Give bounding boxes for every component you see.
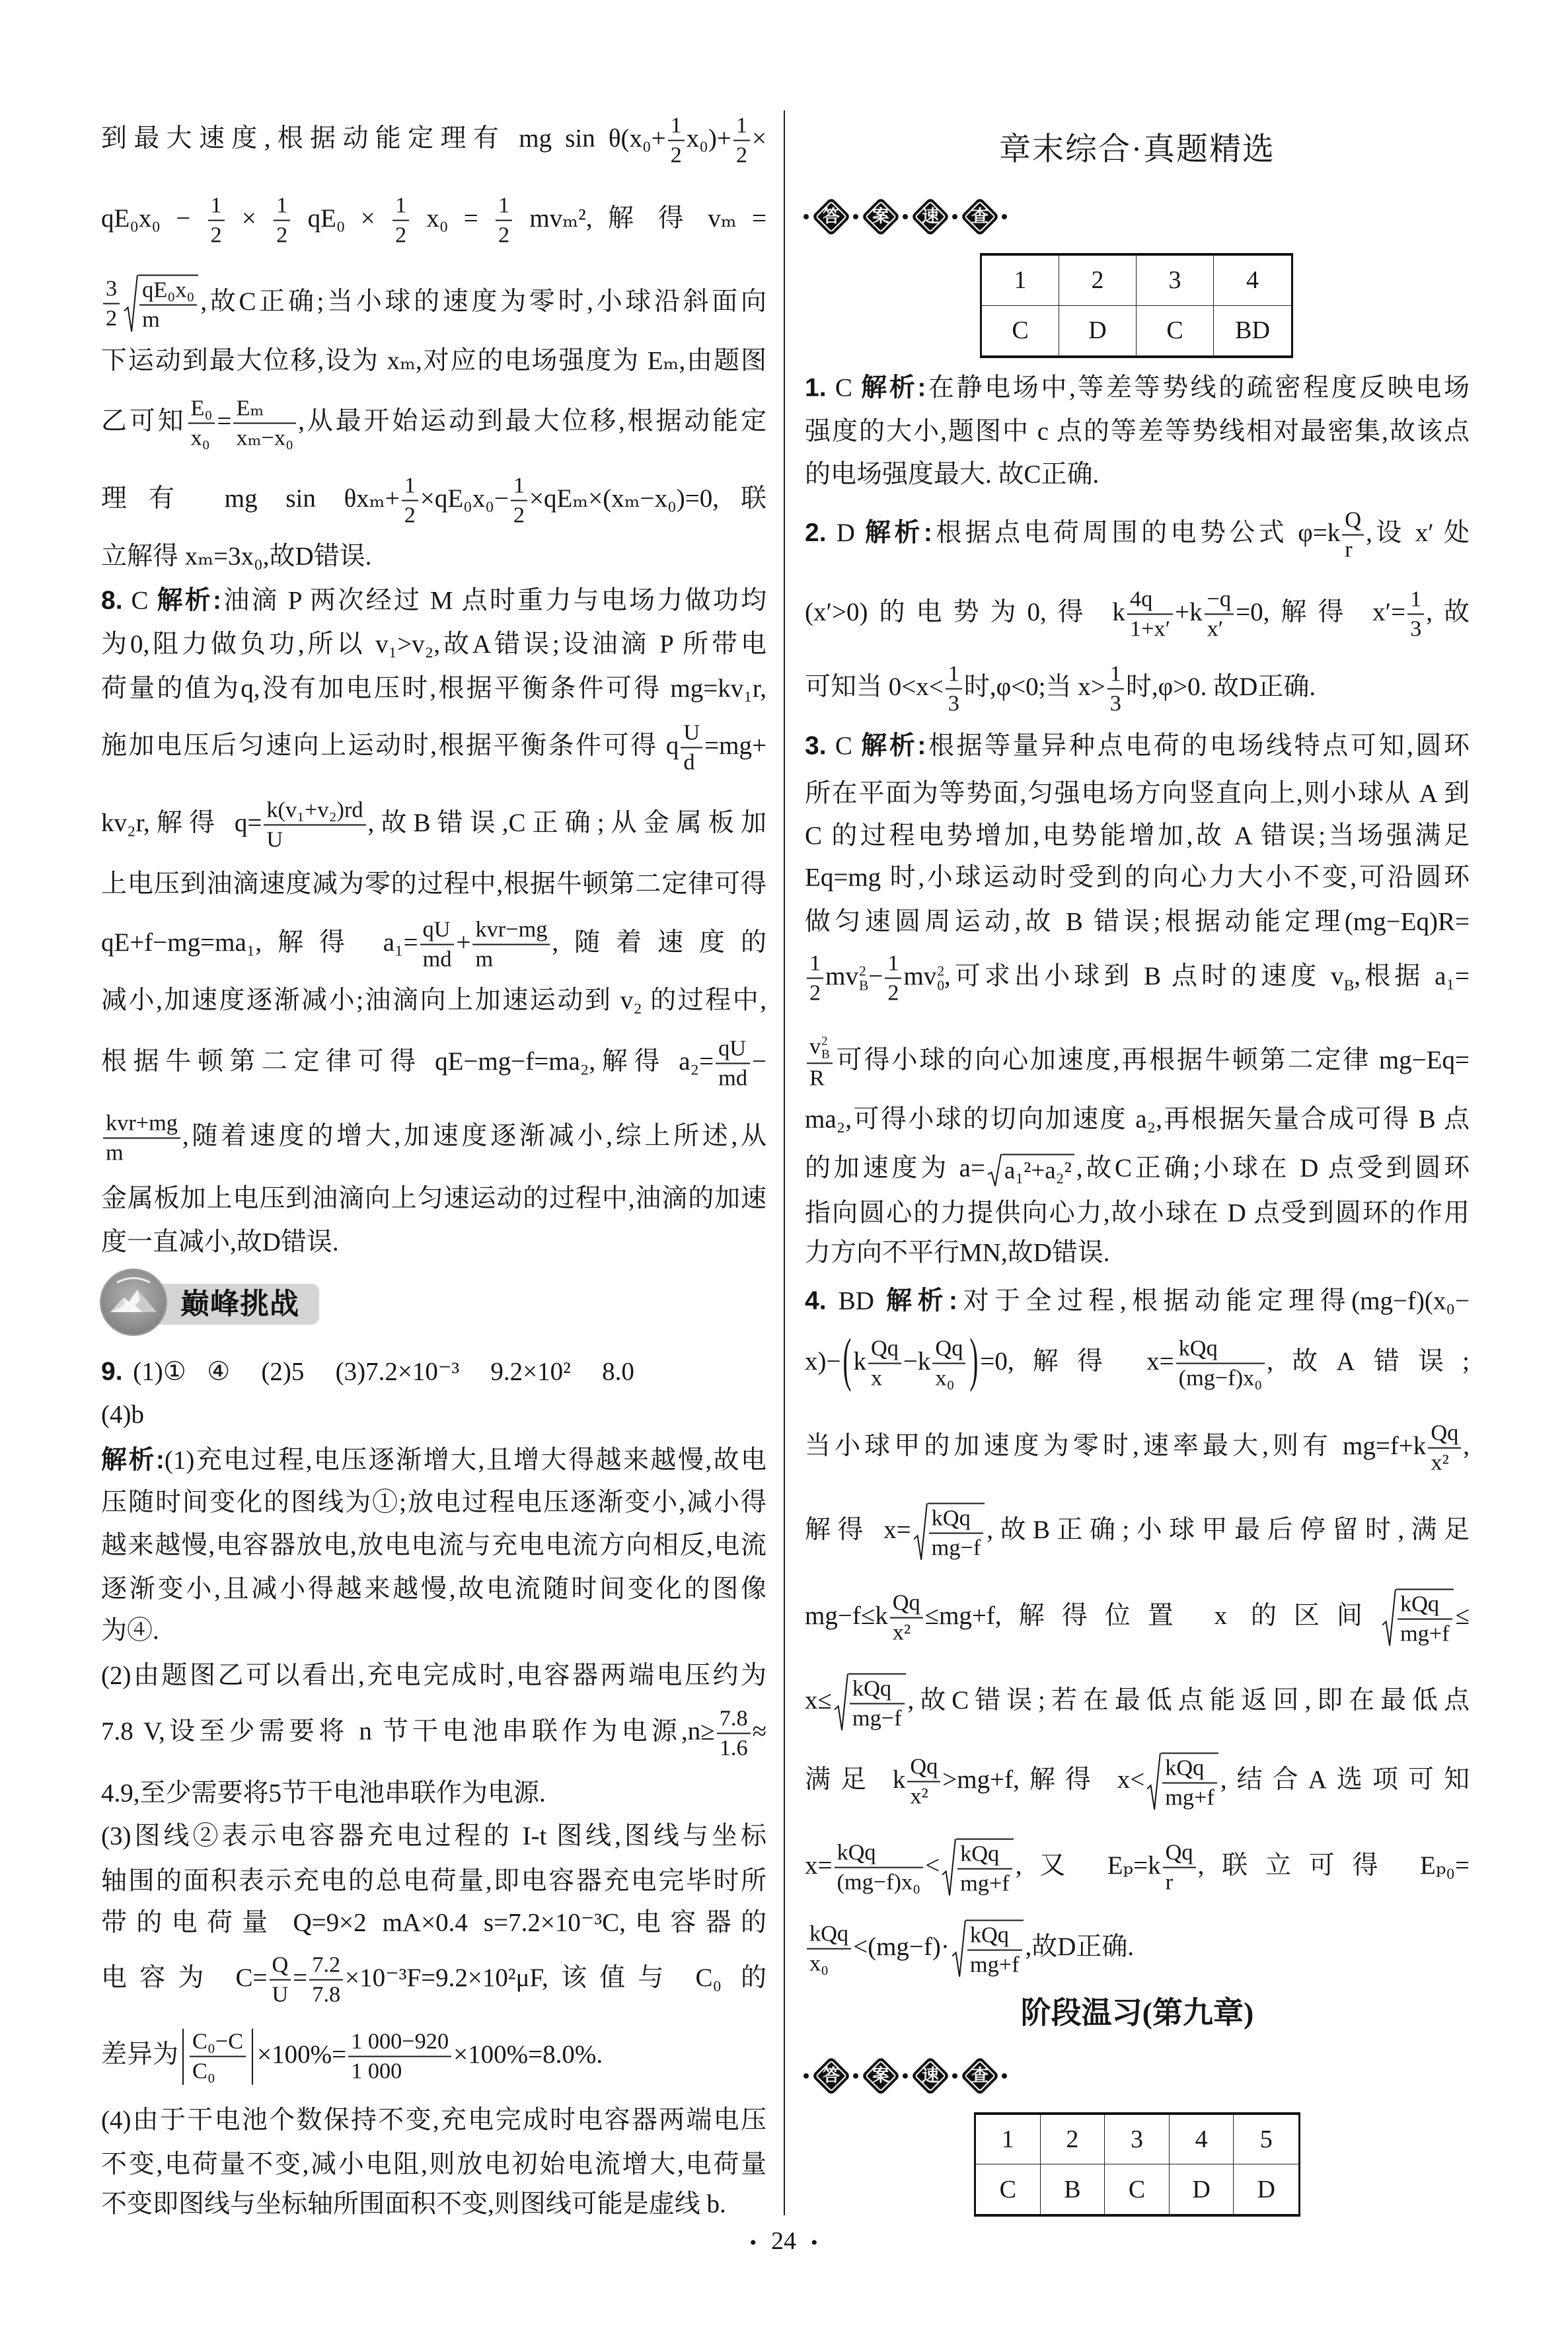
- text-run: 强度的大小,题图中 c 点的等差等势线相对最密集,故该点: [805, 418, 1470, 446]
- answer-cell: D: [1059, 306, 1137, 356]
- text-run: =0,解得 x′=: [1236, 598, 1405, 626]
- numerator: kQq: [929, 1506, 984, 1534]
- text-line: 所在平面为等势面,匀强电场方向竖直向上,则小球从 A 到: [805, 778, 1470, 811]
- text-line: 4.9,至少需要将5节干电池串联作为电源.: [101, 1777, 766, 1811]
- numerator: kQq: [967, 1923, 1022, 1951]
- numerator: 1: [392, 193, 409, 221]
- analysis-label: 解析:: [886, 1287, 957, 1315]
- question-number-cell: 1: [982, 256, 1059, 306]
- numerator-base: v: [809, 1033, 821, 1058]
- text-run: x≤: [805, 1686, 832, 1715]
- fraction: kQqx₀: [807, 1921, 851, 1977]
- analysis-label: 解析:: [861, 732, 926, 760]
- text-run: 时,φ<0;当 x>: [964, 673, 1105, 701]
- badge-char: 查: [961, 2057, 999, 2095]
- text-run: 力方向不平行MN,故D错误.: [805, 1239, 1110, 1267]
- fraction: qE₀x₀m: [139, 277, 197, 334]
- text-run: ,根据 a₁=: [1354, 962, 1470, 990]
- denominator: x²: [907, 1783, 940, 1810]
- denominator: d: [681, 749, 702, 776]
- fraction: 7.27.8: [309, 1952, 343, 2009]
- fraction: Qr: [1342, 507, 1364, 564]
- radical-sign-icon: [942, 1839, 956, 1898]
- numerator: 1 000−920: [348, 2029, 451, 2057]
- diamond-icon: 案: [862, 2057, 900, 2095]
- text-line: 不变,电荷量不变,减小电阻,则放电初始电流增大,电荷量: [101, 2149, 766, 2182]
- numerator: qU: [420, 917, 455, 945]
- numerator: kQq: [850, 1676, 905, 1705]
- superscript: 2: [821, 1035, 830, 1049]
- dot-icon: [803, 2073, 809, 2079]
- answer-cell: B: [1041, 2164, 1105, 2214]
- square-root: kQqmg+f: [952, 1920, 1024, 1979]
- numerator: kQq: [957, 1841, 1012, 1870]
- square-root: kQqmg+f: [1382, 1589, 1454, 1648]
- text-line: 当小球甲的加速度为零时,速率最大,则有 mg=f+kQqx²,: [805, 1421, 1470, 1477]
- subscript: 0: [937, 978, 944, 994]
- numerator: kQq: [1176, 1336, 1265, 1364]
- question-number: 3.: [805, 732, 827, 760]
- numerator: kvr+mg: [103, 1111, 180, 1139]
- denominator: 3: [1407, 615, 1424, 642]
- text-run: <(mg−f)·: [853, 1933, 950, 1961]
- text-run: 荷量的值为q,没有加电压时,根据平衡条件可得 mg=kv₁r,: [101, 675, 766, 703]
- denominator: x′: [1205, 615, 1234, 642]
- text-run: Eq=mg 时,小球运动时受到的向心力大小不变,可沿圆环: [805, 864, 1470, 892]
- fraction: QU: [270, 1952, 291, 2009]
- fraction: −qx′: [1205, 587, 1234, 643]
- question-number-cell: 4: [1214, 256, 1291, 306]
- fraction: 12: [402, 473, 418, 529]
- fraction: kQqmg−f: [850, 1676, 905, 1732]
- fraction: Qqx²: [1428, 1421, 1461, 1477]
- text-run: qE+f−mg=ma₁,解得 a₁=: [101, 928, 418, 957]
- badge-char: 案: [862, 2057, 900, 2095]
- fraction: kvr−mgm: [472, 917, 550, 973]
- numerator: 1: [1407, 587, 1424, 615]
- text-run: 减小,加速度逐渐减小;油滴向上加速运动到 v₂ 的过程中,: [101, 986, 766, 1015]
- text-run: 对于全过程,根据动能定理得(mg−f)(x₀−: [957, 1287, 1470, 1315]
- column-divider: [784, 110, 785, 2215]
- text-run: 指向圆心的力提供向心力,故小球在 D 点受到圆环的作用: [805, 1199, 1470, 1228]
- denominator: 1+x′: [1127, 615, 1173, 642]
- fraction: qUmd: [716, 1036, 750, 1092]
- text-run: qE₀x₀ −: [101, 204, 206, 233]
- denominator: r: [1342, 536, 1364, 563]
- text-run: 时,φ>0. 故D正确.: [1126, 673, 1316, 701]
- square-root: kQqmg+f: [1146, 1753, 1218, 1812]
- denominator: 2: [402, 501, 418, 529]
- fraction: 12: [496, 193, 512, 249]
- denominator: m: [472, 945, 550, 973]
- denominator: 2: [733, 141, 750, 168]
- text-line: 差异为C₀−CC₀×100%=1 000−9201 000×100%=8.0%.: [101, 2029, 766, 2085]
- section-title: 章末综合·真题精选: [805, 124, 1470, 169]
- numerator: v2B: [807, 1033, 833, 1064]
- square-root: kQqmg+f: [942, 1839, 1014, 1898]
- answer-cell: C: [1105, 2164, 1170, 2214]
- fraction: kQqmg−f: [929, 1506, 984, 1562]
- denominator: md: [716, 1064, 750, 1091]
- fraction: 12: [807, 951, 823, 1007]
- text-line: (2)由题图乙可以看出,充电完成时,电容器两端电压约为: [101, 1660, 766, 1693]
- question-number: 9.: [101, 1358, 123, 1386]
- numerator: 1: [274, 193, 290, 221]
- text-run: 电容为 C=: [101, 1964, 268, 1992]
- text-run: (x′>0)的电势为0,得 k: [805, 598, 1125, 626]
- denominator: mg−f: [850, 1705, 905, 1732]
- text-line: 理有 mg sin θxₘ+12×qE₀x₀−12×qEₘ×(xₘ−x₀)=0,…: [101, 473, 766, 529]
- denominator: R: [807, 1064, 833, 1091]
- numerator: 1: [402, 473, 418, 501]
- fraction: k(v₁+v₂)rdU: [264, 797, 365, 854]
- text-line: 到最大速度,根据动能定理有 mg sin θ(x₀+12x₀)+12×: [101, 113, 766, 169]
- text-run: 带的电荷量 Q=9×2 mA×0.4 s=7.2×10⁻³C,电容器的: [101, 1909, 766, 1937]
- answer-cell: C: [976, 2164, 1041, 2214]
- text-run: ,故A错误;: [1267, 1347, 1470, 1376]
- text-line: (4)b: [101, 1399, 766, 1432]
- dot-icon: [1002, 2073, 1007, 2079]
- denominator: mg+f: [967, 1951, 1022, 1978]
- denominator: mg+f: [1398, 1620, 1452, 1647]
- badge-char: 速: [911, 2057, 950, 2095]
- text-run: 在静电场中,等差等势线的疏密程度反映电场: [926, 374, 1470, 402]
- text-run: ×qEₘ×(xₘ−x₀)=0,联: [529, 484, 766, 513]
- text-run: ,随着速度的增大,加速度逐渐减小,综上所述,从: [182, 1122, 766, 1150]
- text-run: x)−: [805, 1347, 840, 1376]
- subscript: B: [859, 978, 868, 994]
- text-run: 油滴 P 两次经过 M 点时重力与电场力做功均: [221, 587, 766, 615]
- superscript: 2: [937, 963, 944, 978]
- square-root: a₁²+a₂²: [987, 1154, 1074, 1187]
- text-run: ,联立可得 Eₚ₀=: [1198, 1851, 1470, 1880]
- left-paren: (: [842, 1323, 851, 1401]
- text-line: 力方向不平行MN,故D错误.: [805, 1237, 1470, 1271]
- text-run: ,故D正确.: [1026, 1933, 1135, 1961]
- sup-sub-script: 2B: [859, 963, 868, 993]
- text-line: (4)由于干电池个数保持不变,充电完成时电容器两端电压: [101, 2104, 766, 2138]
- text-run: +: [456, 928, 470, 957]
- denominator: m: [103, 1139, 180, 1166]
- question-number: 8.: [101, 587, 123, 615]
- numerator: 7.8: [717, 1706, 751, 1734]
- text-run: ,故B正确;小球甲最后停留时,满足: [987, 1516, 1470, 1544]
- text-run: −k: [903, 1347, 931, 1376]
- denominator: md: [420, 945, 455, 973]
- square-root: qE₀x₀m: [124, 275, 198, 334]
- fraction: Eₘxₘ−x₀: [233, 396, 296, 452]
- text-run: 下运动到最大位移,设为 xₘ,对应的电场强度为 Eₘ,由题图: [101, 347, 766, 375]
- badge-char: 速: [911, 198, 950, 236]
- numerator: Qq: [932, 1336, 965, 1364]
- answer-choice: C: [123, 587, 157, 615]
- text-line: 7.8 V,设至少需要将 n 节干电池串联作为电源,n≥7.81.6≈: [101, 1706, 766, 1762]
- text-line: 施加电压后匀速向上运动时,根据平衡条件可得 qUd=mg+: [101, 720, 766, 776]
- fraction: 12: [274, 193, 290, 249]
- text-run: ≤: [1456, 1602, 1470, 1630]
- text-run: mvₘ², 解 得 vₘ =: [514, 204, 766, 233]
- denominator: 3: [946, 690, 962, 717]
- badge-char: 答: [812, 2057, 850, 2095]
- denominator: C₀: [190, 2057, 246, 2085]
- text-line: qE₀x₀ − 12 × 12 qE₀ × 12 x₀ = 12 mvₘ², 解…: [101, 193, 766, 249]
- subscript: B: [1344, 977, 1355, 994]
- fraction: Ud: [681, 720, 702, 776]
- denominator: mg−f: [929, 1534, 984, 1561]
- text-run: ,故B错误,C正确;从金属板加: [368, 809, 766, 837]
- text-line: x)−(kQqx−kQqx₀)=0,解得 x=kQq(mg−f)x₀,故A错误;: [805, 1336, 1470, 1392]
- dot-icon: [952, 214, 957, 219]
- text-line: 减小,加速度逐渐减小;油滴向上加速运动到 v₂ 的过程中,: [101, 984, 766, 1018]
- fraction: kQqmg+f: [1162, 1755, 1217, 1812]
- text-line: 解得 x=kQqmg−f,故B正确;小球甲最后停留时,满足: [805, 1503, 1470, 1562]
- text-run: 立解得 xₘ=3x₀,故D错误.: [101, 542, 371, 571]
- denominator: r: [1163, 1868, 1196, 1896]
- question-number-cell: 2: [1059, 256, 1137, 306]
- denominator: 3: [1107, 690, 1124, 717]
- text-run: ×: [227, 204, 272, 233]
- numerator: Qq: [907, 1754, 940, 1783]
- text-line: 为0,阻力做负功,所以 v₁>v₂,故A错误;设油滴 P 所带电: [101, 628, 766, 662]
- fraction: kQqmg+f: [1398, 1592, 1452, 1648]
- denominator: 2: [392, 221, 409, 248]
- absolute-value: C₀−CC₀: [182, 2029, 253, 2085]
- text-line: 压随时间变化的图线为①;放电过程电压逐渐变小,减小得: [101, 1487, 766, 1520]
- page-mark-right: •: [811, 2232, 818, 2254]
- text-run: 逐渐变小,且减小得越来越慢,故电流随时间变化的图像: [101, 1575, 766, 1604]
- text-run: 的电场强度最大. 故C正确.: [805, 461, 1099, 489]
- section-title: 阶段温习(第九章): [805, 1989, 1470, 2032]
- denominator: 2: [103, 305, 120, 332]
- denominator: m: [139, 306, 197, 333]
- dot-icon: [952, 2073, 957, 2079]
- text-line: 32qE₀x₀m,故C正确;当小球的速度为零时,小球沿斜面向: [101, 275, 766, 334]
- text-run: x₀)+: [687, 124, 731, 153]
- text-run: ×100%=8.0%.: [453, 2040, 603, 2069]
- text-run: qE₀ ×: [292, 204, 391, 233]
- text-run: >mg+f,解得 x<: [942, 1765, 1144, 1794]
- numerator: 1: [733, 113, 750, 141]
- radical-sign-icon: [1146, 1753, 1161, 1812]
- dot-icon: [853, 214, 858, 219]
- text-run: (3)图线②表示电容器充电过程的 I-t 图线,图线与坐标: [101, 1822, 766, 1851]
- numerator: Qq: [868, 1336, 901, 1364]
- text-run: (4)b: [101, 1401, 144, 1429]
- answer-table: 1 2 3 4 5 C B C D D: [974, 2112, 1300, 2217]
- text-run: −: [868, 962, 883, 990]
- text-run: 7.8 V,设至少需要将 n 节干电池串联作为电源,n≥: [101, 1717, 715, 1746]
- text-run: 不变,电荷量不变,减小电阻,则放电初始电流增大,电荷量: [101, 2151, 766, 2179]
- fraction: E₀x₀: [188, 396, 215, 452]
- diamond-icon: 答: [812, 198, 850, 236]
- text-line: mg−f≤kQqx²≤mg+f,解得位置 x 的区间kQqmg+f≤: [805, 1589, 1470, 1648]
- text-run: =: [217, 407, 231, 435]
- answer-cell: BD: [1214, 306, 1291, 356]
- numerator: kQq: [1398, 1592, 1452, 1620]
- text-line: v2BR可得小球的向心加速度,再根据牛顿第二定律 mg−Eq=: [805, 1033, 1470, 1091]
- text-line: 金属板加上电压到油滴向上匀速运动的过程中,油滴的加速: [101, 1183, 766, 1216]
- radical-sign-icon: [1382, 1589, 1396, 1648]
- fraction: qUmd: [420, 917, 455, 973]
- fraction: 12: [208, 193, 225, 249]
- question-number: 4.: [805, 1287, 827, 1315]
- text-run: 所在平面为等势面,匀强电场方向竖直向上,则小球从 A 到: [805, 780, 1470, 808]
- text-run: 做匀速圆周运动,故 B 错误;根据动能定理(mg−Eq)R=: [805, 908, 1470, 936]
- text-line: 满足 kQqx²>mg+f,解得 x<kQqmg+f,结合A选项可知: [805, 1753, 1470, 1812]
- text-line: 越来越慢,电容器放电,放电电流与充电电流方向相反,电流: [101, 1530, 766, 1563]
- answer-choice: (1)① ④ (2)5 (3)7.2×10⁻³ 9.2×10² 8.0: [123, 1358, 634, 1386]
- text-run: kv₂r,解得 q=: [101, 809, 262, 837]
- text-run: ,从最开始运动到最大位移,根据动能定: [298, 407, 766, 435]
- text-line: ma₂,可得小球的切向加速度 a₂,再根据矢量合成可得 B 点: [805, 1103, 1470, 1137]
- fraction: Qqx₀: [932, 1336, 965, 1392]
- denominator: U: [264, 826, 365, 853]
- text-line: 逐渐变小,且减小得越来越慢,故电流随时间变化的图像: [101, 1573, 766, 1607]
- subscript: B: [821, 1048, 830, 1061]
- text-line: 的电场强度最大. 故C正确.: [805, 459, 1470, 492]
- text-line: 的加速度为 a=a₁²+a₂²,故C正确;小球在 D 点受到圆环: [805, 1152, 1470, 1187]
- numerator: 1: [885, 951, 901, 979]
- text-line: 带的电荷量 Q=9×2 mA×0.4 s=7.2×10⁻³C,电容器的: [101, 1907, 766, 1940]
- answer-choice: BD: [827, 1287, 887, 1315]
- page-number-value: 24: [771, 2227, 796, 2255]
- fraction: 12: [885, 951, 901, 1007]
- text-line: x=kQq(mg−f)x₀<kQqmg+f,又 Eₚ=kQqr,联立可得 Eₚ₀…: [805, 1839, 1470, 1898]
- fraction: kvr+mgm: [103, 1111, 180, 1167]
- text-run: ma₂,可得小球的切向加速度 a₂,再根据矢量合成可得 B 点: [805, 1105, 1470, 1134]
- text-run: ,又 Eₚ=k: [1016, 1851, 1161, 1880]
- numerator: Qq: [890, 1590, 923, 1619]
- denominator: (mg−f)x₀: [835, 1868, 924, 1896]
- text-run: ×qE₀x₀−: [420, 484, 509, 513]
- denominator: (mg−f)x₀: [1176, 1364, 1265, 1391]
- answer-choice: D: [827, 519, 865, 547]
- numerator: kQq: [835, 1840, 924, 1868]
- denominator: 2: [807, 979, 823, 1006]
- answer-cell: C: [982, 306, 1059, 356]
- page-mark-left: •: [749, 2232, 757, 2254]
- fraction: kQqmg+f: [957, 1841, 1012, 1898]
- diamond-icon: 答: [812, 2057, 850, 2095]
- answer-quick-check-badge: 答 案 速 查: [800, 2057, 1011, 2095]
- text-run: ,故: [1426, 598, 1470, 626]
- text-run: 越来越慢,电容器放电,放电电流与充电电流方向相反,电流: [101, 1532, 766, 1560]
- text-run: ,可求出小球到 B 点时的速度 v: [944, 962, 1344, 990]
- dot-icon: [903, 2073, 908, 2079]
- dot-icon: [903, 214, 908, 219]
- fraction: v2BR: [807, 1033, 833, 1091]
- diamond-icon: 速: [911, 198, 950, 236]
- answer-cell: D: [1234, 2164, 1298, 2214]
- denominator: 2: [208, 221, 225, 248]
- numerator: Q: [270, 1952, 291, 1981]
- text-line: 度一直减小,故D错误.: [101, 1226, 766, 1260]
- text-run: 施加电压后匀速向上运动时,根据平衡条件可得 q: [101, 731, 679, 760]
- text-run: (1)充电过程,电压逐渐增大,且增大得越来越慢,故电: [165, 1446, 766, 1475]
- numerator: qE₀x₀: [139, 277, 197, 306]
- fraction: 13: [1107, 661, 1124, 718]
- text-line: C 的过程电势增加,电势能增加,故 A 错误;当场强满足: [805, 820, 1470, 854]
- radical-sign-icon: [987, 1154, 1002, 1187]
- question-number: 2.: [805, 519, 827, 547]
- numerator: E₀: [188, 396, 215, 424]
- answer-quick-check-badge: 答 案 速 查: [800, 198, 1011, 236]
- fraction: 13: [946, 661, 962, 718]
- answer-choice: C: [827, 732, 862, 760]
- fraction: 7.81.6: [717, 1706, 751, 1762]
- answer-2-line: 2. D 解析:根据点电荷周围的电势公式 φ=kQr,设 x′ 处: [805, 507, 1470, 564]
- numerator: 7.2: [309, 1952, 343, 1981]
- denominator: x₀: [932, 1364, 965, 1391]
- text-run: ,故C正确;小球在 D 点受到圆环: [1076, 1154, 1470, 1182]
- numerator: 1: [511, 473, 527, 501]
- badge-char: 案: [862, 198, 900, 236]
- text-run: ,: [1463, 1432, 1470, 1460]
- fraction: 12: [733, 113, 750, 169]
- diamond-icon: 查: [961, 2057, 999, 2095]
- fraction: Qqx²: [890, 1590, 923, 1646]
- numerator: k(v₁+v₂)rd: [264, 797, 365, 826]
- text-run: 当小球甲的加速度为零时,速率最大,则有 mg=f+k: [805, 1432, 1426, 1460]
- text-run: +k: [1175, 598, 1203, 626]
- text-run: 可知当 0<x<: [805, 673, 944, 701]
- analysis-label: 解析:: [157, 587, 221, 615]
- text-run: 满足 k: [805, 1765, 905, 1794]
- denominator: 2: [496, 221, 512, 248]
- question-number: 1.: [805, 374, 827, 402]
- text-line: 根据牛顿第二定律可得 qE−mg−f=ma₂,解得 a₂=qUmd−: [101, 1036, 766, 1092]
- text-line: 不变即图线与坐标轴所围面积不变,则图线可能是虚线 b.: [101, 2188, 766, 2222]
- text-run: ×10⁻³F=9.2×10²μF,该值与 C₀ 的: [345, 1964, 766, 1992]
- text-run: 根据牛顿第二定律可得 qE−mg−f=ma₂,解得 a₂=: [101, 1047, 714, 1076]
- text-line: 指向圆心的力提供向心力,故小球在 D 点受到圆环的作用: [805, 1197, 1470, 1231]
- sup-sub-script: 20: [937, 963, 944, 993]
- text-run: x=: [805, 1851, 833, 1880]
- answer-4-line: 4. BD 解析:对于全过程,根据动能定理得(mg−f)(x₀−: [805, 1285, 1470, 1319]
- text-run: ≈: [753, 1717, 766, 1746]
- text-run: 乙可知: [101, 407, 186, 435]
- text-run: ×: [752, 124, 766, 153]
- answer-cell: D: [1170, 2164, 1234, 2214]
- denominator: 7.8: [309, 1981, 343, 2008]
- denominator: 2: [511, 501, 527, 529]
- badge-char: 查: [961, 198, 999, 236]
- fraction: Qqr: [1163, 1840, 1196, 1896]
- fraction: 12: [511, 473, 527, 529]
- numerator: 1: [496, 193, 512, 221]
- text-run: ,随着速度的: [552, 928, 766, 957]
- numerator: 1: [946, 661, 962, 690]
- numerator: C₀−C: [190, 2029, 246, 2057]
- numerator: kQq: [807, 1921, 851, 1950]
- analysis-label: 解析:: [101, 1446, 165, 1475]
- text-line: (x′>0)的电势为0,得 k4q1+x′+k−qx′=0,解得 x′=13,故: [805, 587, 1470, 643]
- text-run: 差异为: [101, 2040, 178, 2069]
- text-line: 强度的大小,题图中 c 点的等差等势线相对最密集,故该点: [805, 416, 1470, 449]
- numerator: kQq: [1162, 1755, 1217, 1784]
- fraction: 32: [103, 276, 120, 332]
- question-number-cell: 2: [1041, 2115, 1105, 2164]
- text-run: mg−f≤k: [805, 1602, 888, 1630]
- text-run: 度一直减小,故D错误.: [101, 1228, 339, 1257]
- text-run: x₀ =: [411, 204, 494, 233]
- superscript: 2: [859, 963, 868, 978]
- fraction: kQqmg+f: [967, 1923, 1022, 1979]
- denominator: 2: [668, 141, 685, 168]
- fraction: Qqx²: [907, 1754, 940, 1810]
- text-run: 金属板加上电压到油滴向上匀速运动的过程中,油滴的加速: [101, 1185, 766, 1213]
- question-number-cell: 5: [1234, 2115, 1298, 2164]
